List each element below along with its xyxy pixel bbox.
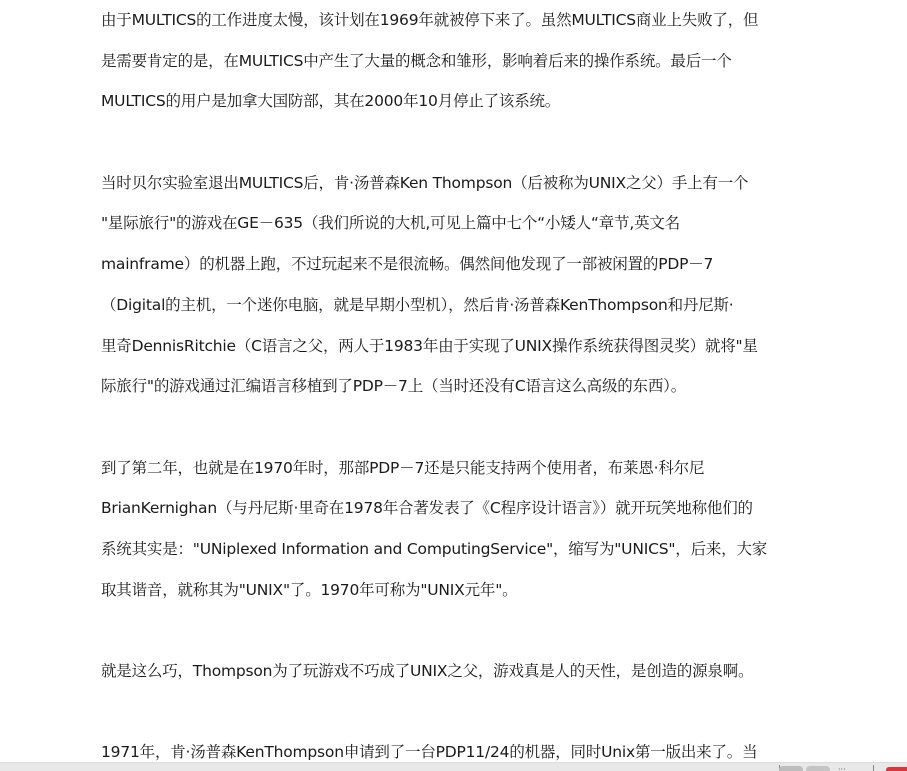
- text-line: 系统其实是："UNiplexed Information and Computi…: [101, 529, 801, 570]
- text-line: 际旅行"的游戏通过汇编语言移植到了PDP－7上（当时还没有C语言这么高级的东西）…: [101, 366, 801, 407]
- text-line: 取其谐音，就称其为"UNIX"了。1970年可称为"UNIX元年"。: [101, 570, 801, 611]
- document-page: 由于MULTICS的工作进度太慢，该计划在1969年就被停下来了。虽然MULTI…: [0, 0, 907, 771]
- text-line: 是需要肯定的是，在MULTICS中产生了大量的概念和雏形，影响着后来的操作系统。…: [101, 41, 801, 82]
- text-line: 里奇DennisRitchie（C语言之父，两人于1983年由于实现了UNIX操…: [101, 326, 801, 367]
- text-line: 就是这么巧，Thompson为了玩游戏不巧成了UNIX之父，游戏真是人的天性，是…: [101, 651, 801, 692]
- paragraph-coincidence: 就是这么巧，Thompson为了玩游戏不巧成了UNIX之父，游戏真是人的天性，是…: [101, 651, 801, 692]
- text-line: 由于MULTICS的工作进度太慢，该计划在1969年就被停下来了。虽然MULTI…: [101, 0, 801, 41]
- text-line: 到了第二年，也就是在1970年时，那部PDP－7还是只能支持两个使用者，布莱恩·…: [101, 448, 801, 489]
- paragraph-multics-failure: 由于MULTICS的工作进度太慢，该计划在1969年就被停下来了。虽然MULTI…: [101, 0, 801, 122]
- view-mode-button-2[interactable]: [806, 766, 830, 771]
- zoom-indicator[interactable]: ···: [838, 766, 846, 771]
- status-divider: [873, 765, 874, 771]
- text-line: MULTICS的用户是加拿大国防部，其在2000年10月停止了该系统。: [101, 81, 801, 122]
- text-line: "星际旅行"的游戏在GE－635（我们所说的大机,可见上篇中七个“小矮人“章节,…: [101, 203, 801, 244]
- document-body: 由于MULTICS的工作进度太慢，该计划在1969年就被停下来了。虽然MULTI…: [101, 0, 801, 771]
- text-line: mainframe）的机器上跑，不过玩起来不是很流畅。偶然间他发现了一部被闲置的…: [101, 244, 801, 285]
- paragraph-spacer: [101, 692, 801, 733]
- view-mode-button-1[interactable]: [779, 766, 803, 771]
- paragraph-unix-naming: 到了第二年，也就是在1970年时，那部PDP－7还是只能支持两个使用者，布莱恩·…: [101, 448, 801, 611]
- paragraph-spacer: [101, 407, 801, 448]
- paragraph-spacer: [101, 122, 801, 163]
- paragraph-space-travel-game: 当时贝尔实验室退出MULTICS后，肯·汤普森Ken Thompson（后被称为…: [101, 163, 801, 407]
- accent-button[interactable]: [886, 767, 907, 771]
- text-line: BrianKernighan（与丹尼斯·里奇在1978年合著发表了《C程序设计语…: [101, 488, 801, 529]
- status-bar: ···: [0, 762, 907, 771]
- text-line: （Digital的主机，一个迷你电脑，就是早期小型机），然后肯·汤普森KenTh…: [101, 285, 801, 326]
- paragraph-spacer: [101, 610, 801, 651]
- text-line: 当时贝尔实验室退出MULTICS后，肯·汤普森Ken Thompson（后被称为…: [101, 163, 801, 204]
